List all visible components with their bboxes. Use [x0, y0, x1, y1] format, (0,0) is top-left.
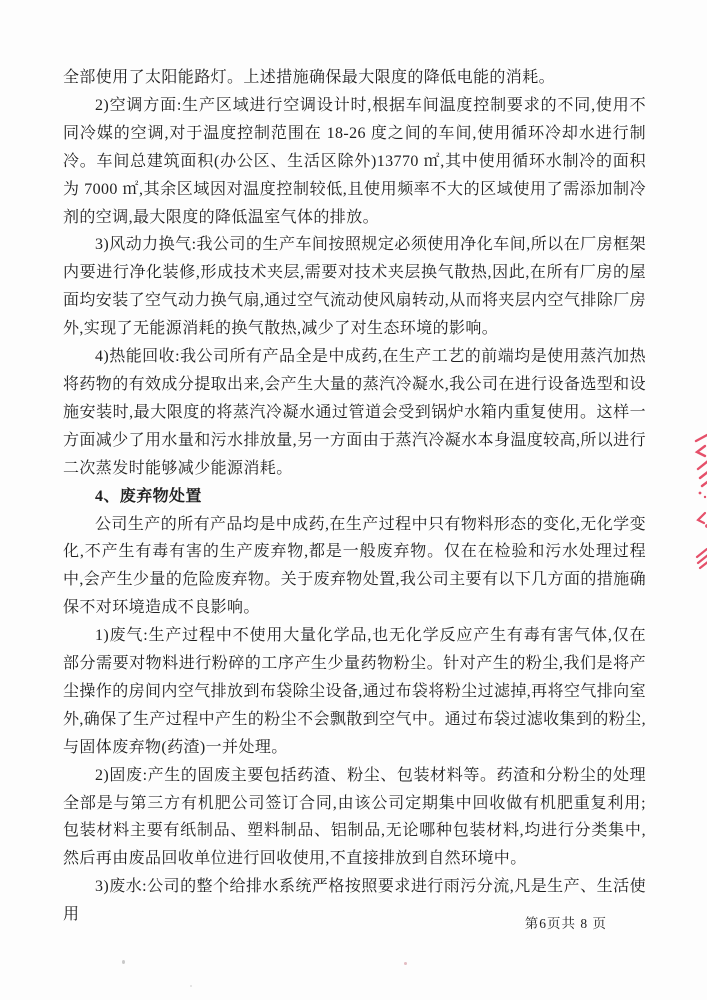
red-ink-stamp-fragment-icon: [692, 431, 707, 571]
paragraph-air-conditioning: 2)空调方面:生产区域进行空调设计时,根据车间温度控制要求的不同,使用不同冷媒的…: [63, 92, 646, 232]
paragraph-waste-gas: 1)废气:生产过程中不使用大量化学品,也无化学反应产生有毒有害气体,仅在部分需要…: [63, 622, 646, 762]
paragraph-heat-recovery: 4)热能回收:我公司所有产品全是中成药,在生产工艺的前端均是使用蒸汽加热将药物的…: [63, 343, 646, 483]
section-heading-waste-disposal: 4、废弃物处置: [63, 483, 646, 511]
paragraph-solid-waste: 2)固废:产生的固废主要包括药渣、粉尘、包装材料等。药渣和分粉尘的处理全部是与第…: [63, 762, 646, 874]
scan-artifact-speck: [404, 962, 407, 965]
paragraph-waste-overview: 公司生产的所有产品均是中成药,在生产过程中只有物料形态的变化,无化学变化,不产生…: [63, 511, 646, 623]
paragraph-continuation-solar-lights: 全部使用了太阳能路灯。上述措施确保最大限度的降低电能的消耗。: [63, 64, 646, 92]
document-body: 全部使用了太阳能路灯。上述措施确保最大限度的降低电能的消耗。 2)空调方面:生产…: [63, 64, 646, 929]
scan-artifact-speck: [122, 960, 125, 964]
paragraph-wind-ventilation: 3)风动力换气:我公司的生产车间按照规定必须使用净化车间,所以在厂房框架内要进行…: [63, 231, 646, 343]
page-number: 第6页共 8 页: [525, 912, 607, 932]
scanned-document-page: 全部使用了太阳能路灯。上述措施确保最大限度的降低电能的消耗。 2)空调方面:生产…: [0, 0, 707, 1000]
scan-artifact-speck: [190, 985, 192, 987]
